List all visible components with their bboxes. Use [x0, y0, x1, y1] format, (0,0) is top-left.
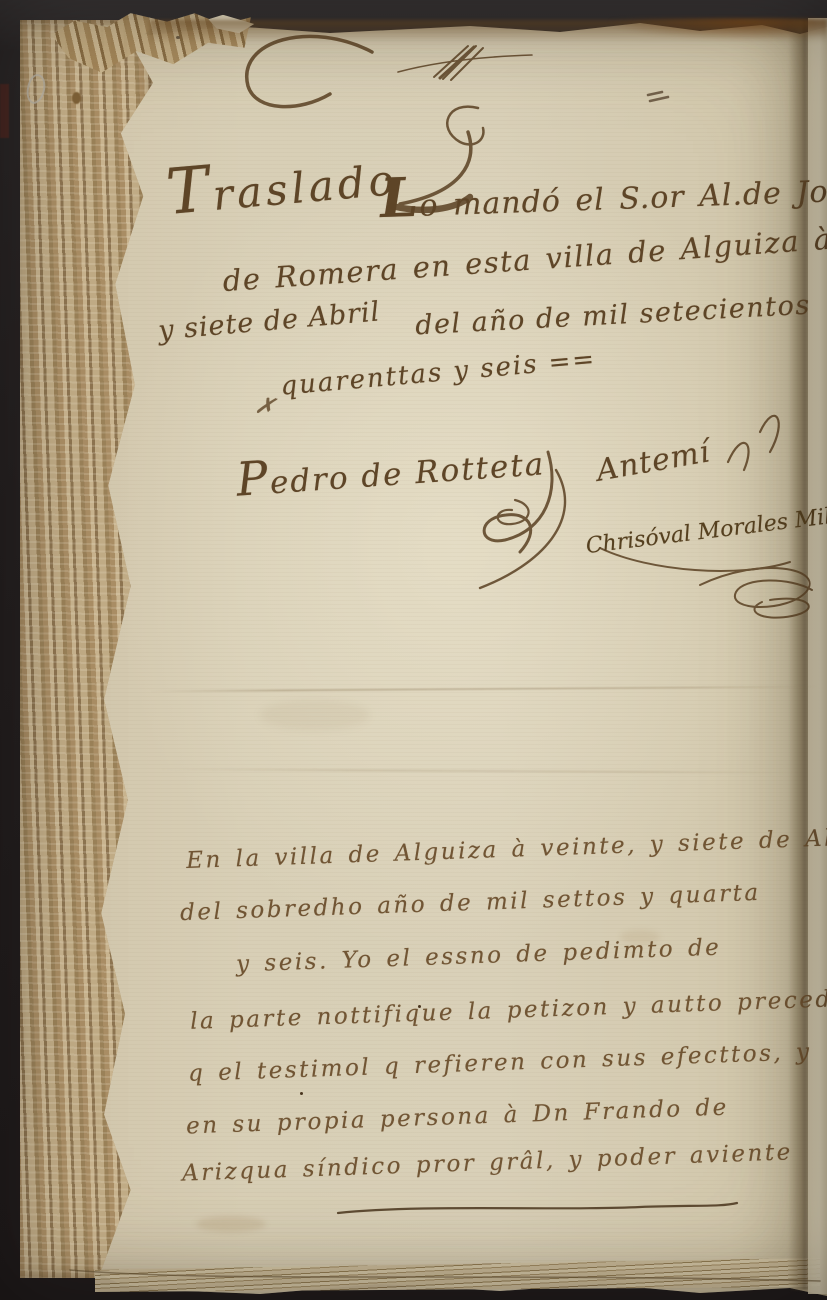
top-right-burn-stain — [560, 18, 827, 58]
show-through-stain — [260, 700, 370, 730]
manuscript-photo: Traslado Lo mandó el S.or Al.de Jou de R… — [0, 0, 827, 1300]
pencil-speck — [176, 36, 180, 39]
ink-speck — [300, 1092, 303, 1095]
ink-stain — [72, 92, 81, 104]
foxing-stain — [196, 1216, 266, 1232]
book-cover-edge — [0, 84, 9, 138]
